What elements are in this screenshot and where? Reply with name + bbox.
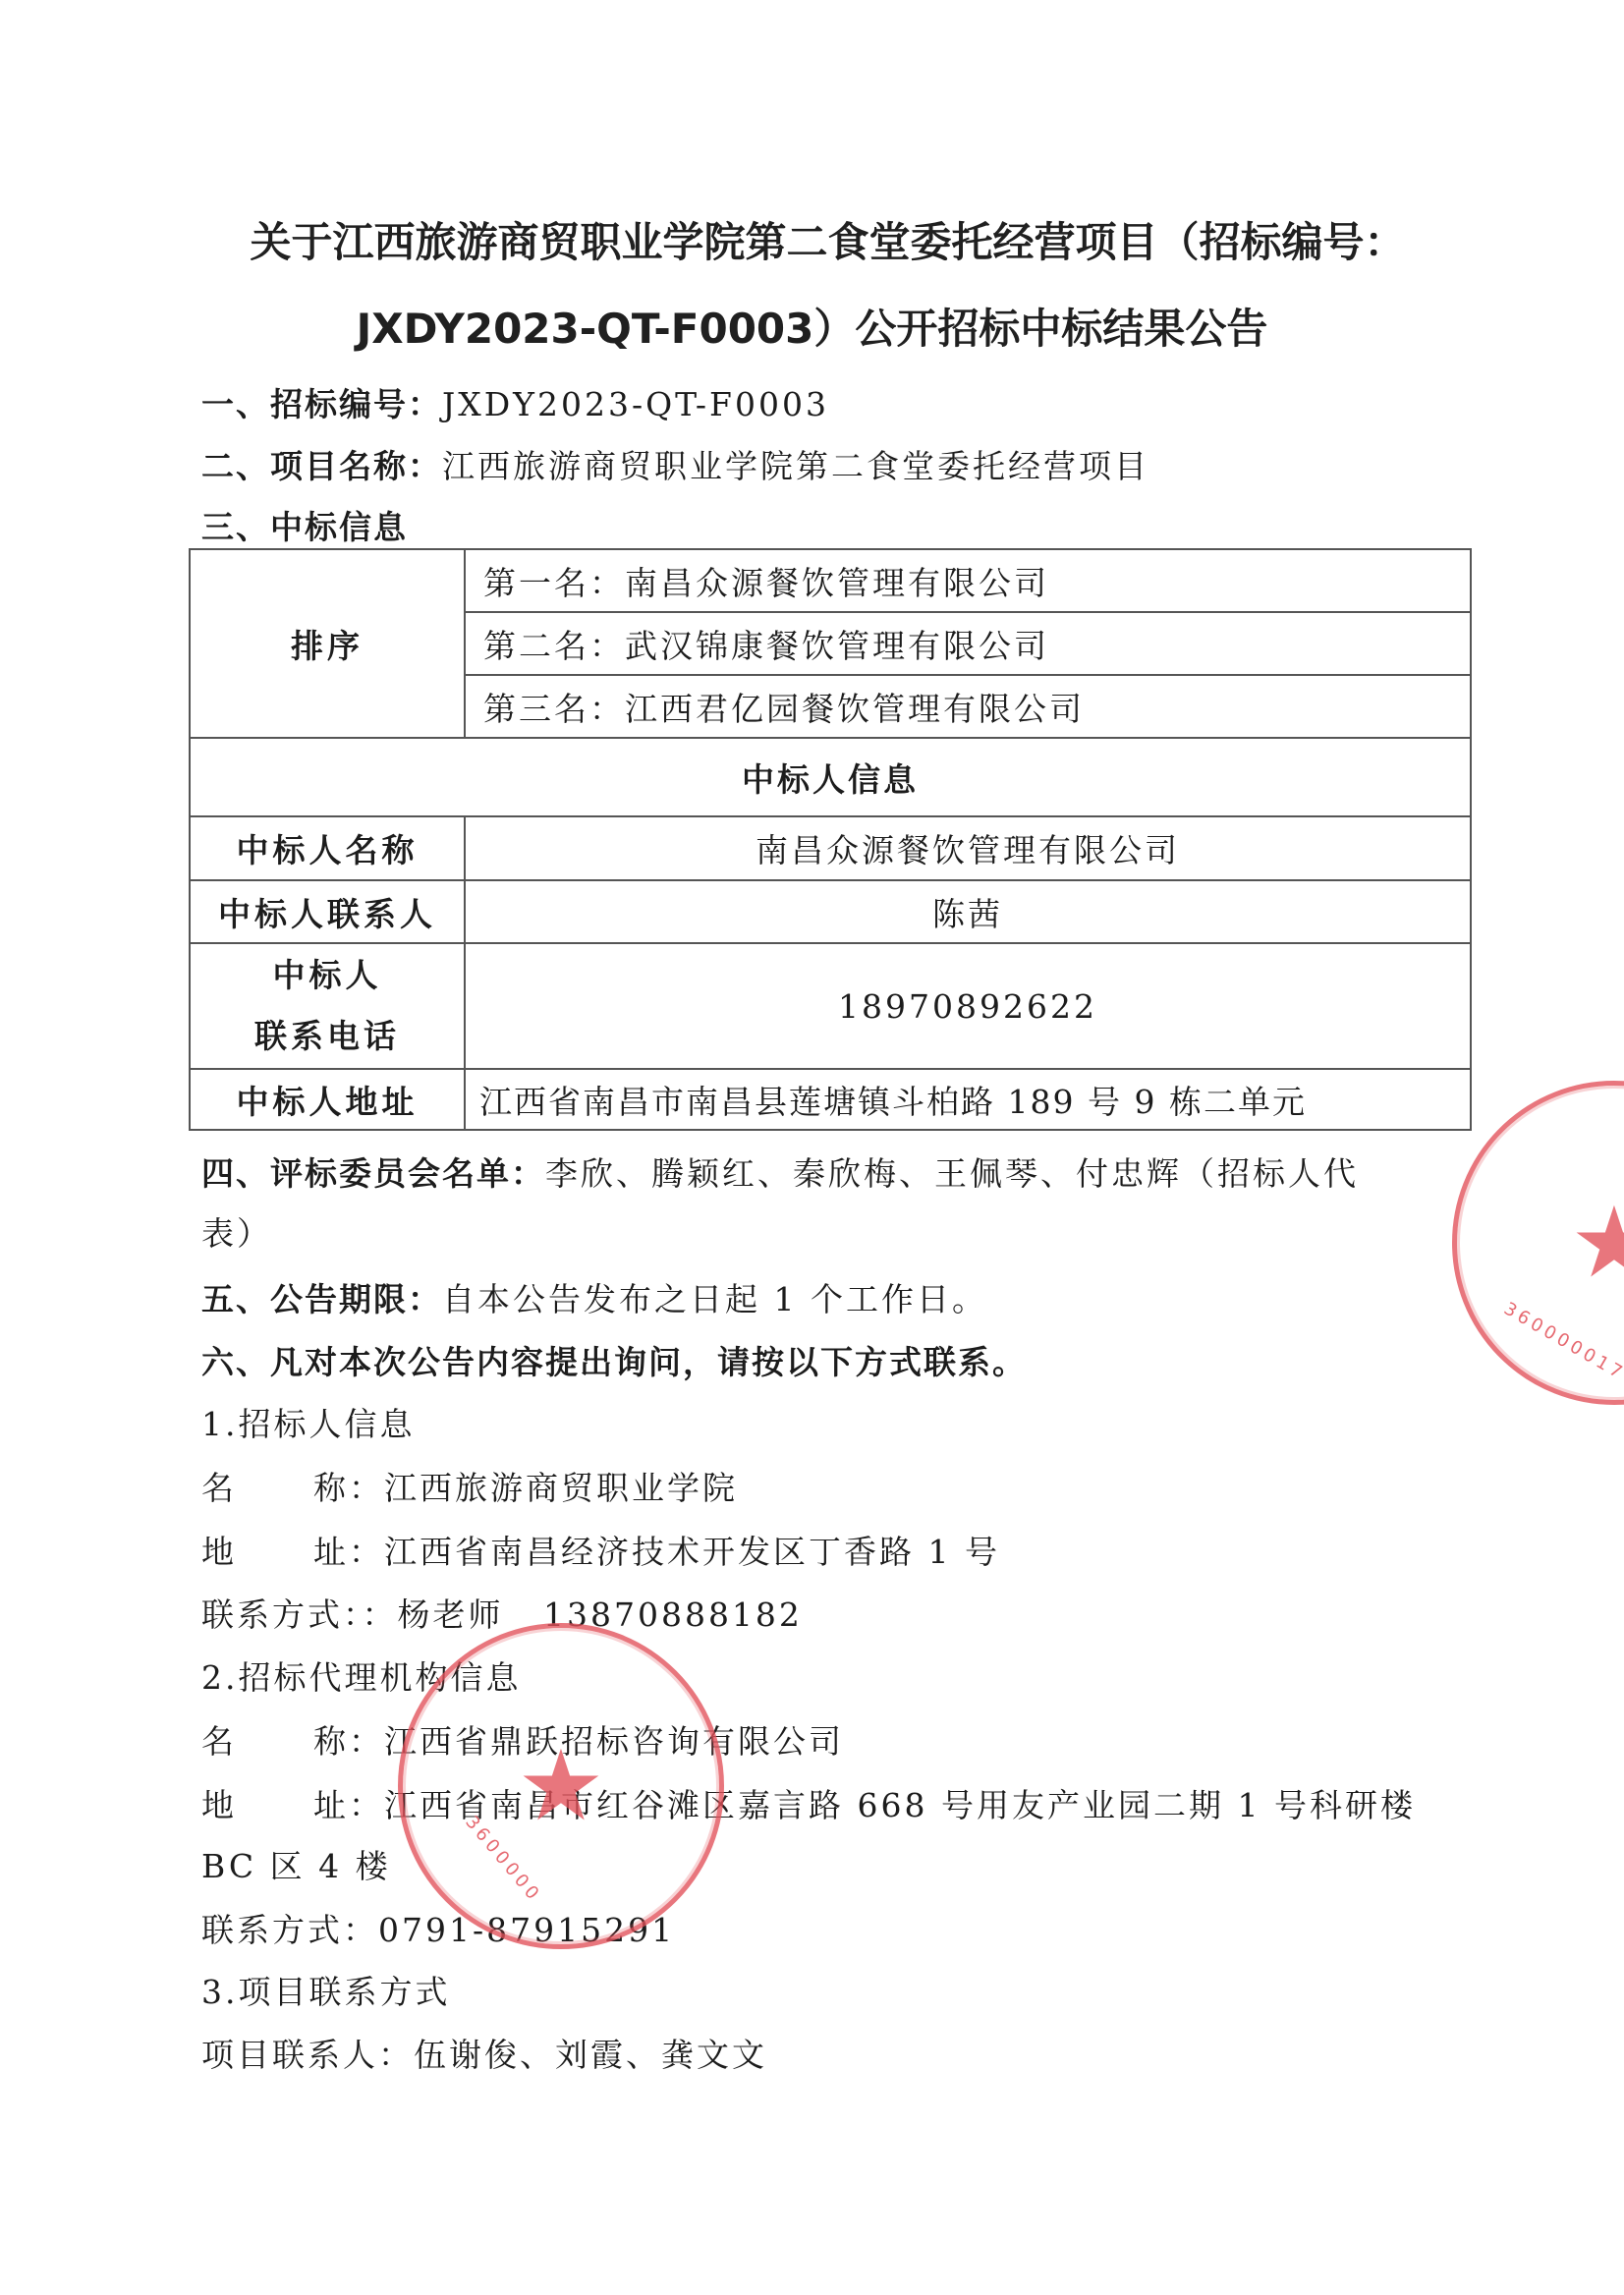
label: 称：: [313, 1469, 384, 1507]
winner-phone-label: 中标人 联系电话: [190, 943, 465, 1069]
official-seal-agency-right: ★ 360000017: [1452, 1081, 1624, 1405]
label: 地: [201, 1786, 237, 1824]
section-label: 五、公告期限：: [201, 1280, 442, 1318]
label: 联系方式：: [201, 1911, 378, 1949]
section-label: 一、招标编号：: [201, 385, 442, 423]
agency-heading: 2.招标代理机构信息: [201, 1658, 522, 1698]
project-name-value: 江西旅游商贸职业学院第二食堂委托经营项目: [442, 447, 1149, 485]
tenderer-name-value: 江西旅游商贸职业学院: [384, 1469, 738, 1507]
section-label: 四、评标委员会名单：: [201, 1154, 545, 1193]
agency-address-cont: BC 区 4 楼: [201, 1847, 391, 1886]
tenderer-contact-value: 杨老师 13870888182: [398, 1595, 803, 1634]
agency-name-value: 江西省鼎跃招标咨询有限公司: [384, 1722, 844, 1761]
document-title-line1: 关于江西旅游商贸职业学院第二食堂委托经营项目（招标编号：: [16, 210, 1624, 269]
winner-contact-value: 陈茜: [465, 880, 1471, 943]
label: 称：: [313, 1722, 384, 1761]
award-info-table: 排序 第一名：南昌众源餐饮管理有限公司 第二名：武汉锦康餐饮管理有限公司 第三名…: [189, 548, 1472, 1131]
section-label: 三、中标信息: [201, 508, 408, 546]
project-contact-heading: 3.项目联系方式: [201, 1973, 451, 2012]
document-title-line2: JXDY2023-QT-F0003）公开招标中标结果公告: [0, 297, 1624, 356]
tenderer-name: 名称：江西旅游商贸职业学院: [201, 1469, 738, 1508]
label: 址：: [313, 1533, 384, 1571]
winner-address-label: 中标人地址: [190, 1069, 465, 1130]
label: 地: [201, 1533, 237, 1571]
agency-address-value: 江西省南昌市红谷滩区嘉言路 668 号用友产业园二期 1 号科研楼: [384, 1786, 1416, 1824]
winner-phone-value: 18970892622: [465, 943, 1471, 1069]
section-label: 二、项目名称：: [201, 447, 442, 485]
committee-members-cont: 表）: [201, 1214, 272, 1254]
tenderer-address-value: 江西省南昌经济技术开发区丁香路 1 号: [384, 1533, 1000, 1571]
label: 名: [201, 1469, 237, 1507]
winner-contact-label: 中标人联系人: [190, 880, 465, 943]
section-committee: 四、评标委员会名单：李欣、腾颖红、秦欣梅、王佩琴、付忠辉（招标人代: [201, 1154, 1359, 1194]
project-contact-value: 伍谢俊、刘霞、龚文文: [414, 2036, 767, 2074]
committee-members: 李欣、腾颖红、秦欣梅、王佩琴、付忠辉（招标人代: [545, 1154, 1359, 1193]
ranking-third: 第三名：江西君亿园餐饮管理有限公司: [465, 675, 1471, 738]
seal-code: 3600000: [461, 1812, 545, 1906]
seal-star-icon: ★: [1570, 1194, 1624, 1292]
winner-info-header: 中标人信息: [190, 738, 1471, 816]
bid-number-value: JXDY2023-QT-F0003: [442, 385, 829, 423]
ranking-label: 排序: [190, 549, 465, 738]
agency-contact: 联系方式：0791-87915291: [201, 1911, 675, 1950]
label: 项目联系人：: [201, 2036, 414, 2074]
tenderer-heading: 1.招标人信息: [201, 1405, 416, 1444]
tenderer-contact: 联系方式：：杨老师 13870888182: [201, 1595, 803, 1635]
label: 名: [201, 1722, 237, 1761]
winner-phone-label-line1: 中标人: [191, 945, 464, 1006]
section-notice-period: 五、公告期限：自本公告发布之日起 1 个工作日。: [201, 1280, 987, 1319]
agency-contact-value: 0791-87915291: [378, 1911, 675, 1949]
tenderer-address: 地址：江西省南昌经济技术开发区丁香路 1 号: [201, 1533, 1000, 1572]
notice-period-value: 自本公告发布之日起 1 个工作日。: [442, 1280, 987, 1318]
label: 联系方式：：: [201, 1595, 398, 1634]
ranking-second: 第二名：武汉锦康餐饮管理有限公司: [465, 612, 1471, 675]
winner-name-label: 中标人名称: [190, 816, 465, 880]
seal-code: 360000017: [1500, 1299, 1624, 1385]
section-award-info: 三、中标信息: [201, 508, 408, 547]
section-label: 六、凡对本次公告内容提出询问，请按以下方式联系。: [201, 1343, 1027, 1381]
project-contact: 项目联系人：伍谢俊、刘霞、龚文文: [201, 2036, 767, 2075]
section-inquiry: 六、凡对本次公告内容提出询问，请按以下方式联系。: [201, 1343, 1027, 1382]
agency-address: 地址：江西省南昌市红谷滩区嘉言路 668 号用友产业园二期 1 号科研楼: [201, 1786, 1416, 1825]
ranking-first: 第一名：南昌众源餐饮管理有限公司: [465, 549, 1471, 612]
winner-address-value: 江西省南昌市南昌县莲塘镇斗柏路 189 号 9 栋二单元: [465, 1069, 1471, 1130]
section-project-name: 二、项目名称：江西旅游商贸职业学院第二食堂委托经营项目: [201, 447, 1149, 486]
agency-name: 名称：江西省鼎跃招标咨询有限公司: [201, 1722, 844, 1762]
section-bid-number: 一、招标编号：JXDY2023-QT-F0003: [201, 385, 829, 424]
winner-phone-label-line2: 联系电话: [191, 1006, 464, 1067]
label: 址：: [313, 1786, 384, 1824]
winner-name-value: 南昌众源餐饮管理有限公司: [465, 816, 1471, 880]
